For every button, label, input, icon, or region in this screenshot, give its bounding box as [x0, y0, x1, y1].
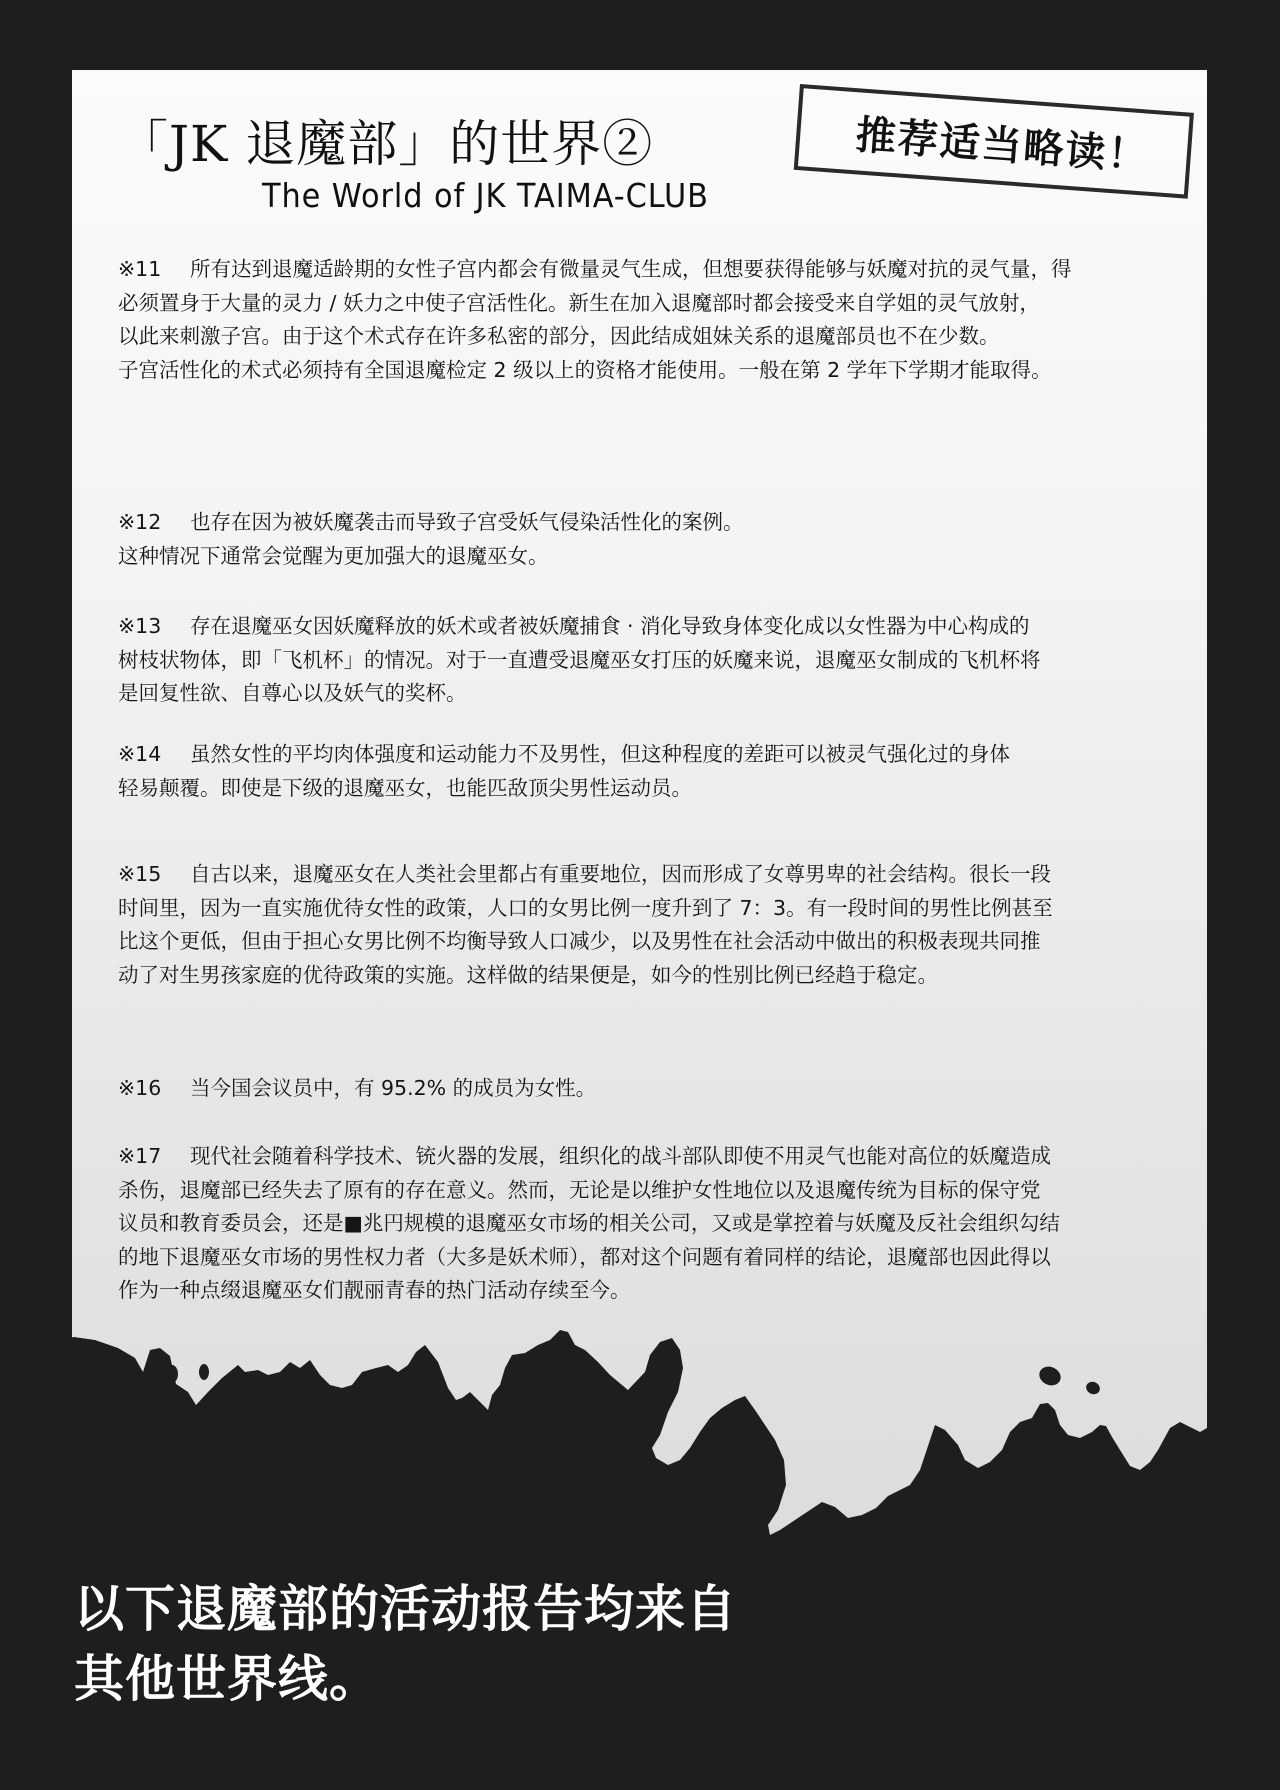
note-line: ※13存在退魔巫女因妖魔释放的妖术或者被妖魔捕食 · 消化导致身体变化成以女性器… — [118, 610, 1178, 644]
banner-line: 其他世界线。 — [74, 1644, 737, 1714]
note-number: ※16 — [118, 1072, 190, 1106]
note-line: 的地下退魔巫女市场的男性权力者（大多是妖术师），都对这个问题有着同样的结论，退魔… — [118, 1241, 1178, 1275]
note-11: ※11所有达到退魔适龄期的女性子宫内都会有微量灵气生成，但想要获得能够与妖魔对抗… — [118, 253, 1178, 387]
note-line: 是回复性欲、自尊心以及妖气的奖杯。 — [118, 677, 1178, 711]
note-line: ※11所有达到退魔适龄期的女性子宫内都会有微量灵气生成，但想要获得能够与妖魔对抗… — [118, 253, 1178, 287]
note-line: 这种情况下通常会觉醒为更加强大的退魔巫女。 — [118, 540, 1178, 574]
note-number: ※17 — [118, 1140, 190, 1174]
note-17: ※17现代社会随着科学技术、铳火器的发展，组织化的战斗部队即使不用灵气也能对高位… — [118, 1140, 1178, 1308]
note-line: 时间里，因为一直实施优待女性的政策，人口的女男比例一度升到了 7：3。有一段时间… — [118, 892, 1178, 926]
note-line: 子宫活性化的术式必须持有全国退魔检定 2 级以上的资格才能使用。一般在第 2 学… — [118, 354, 1178, 388]
note-line: 杀伤，退魔部已经失去了原有的存在意义。然而，无论是以维护女性地位以及退魔传统为目… — [118, 1174, 1178, 1208]
note-number: ※14 — [118, 738, 190, 772]
page-subtitle: The World of JK TAIMA-CLUB — [262, 176, 709, 215]
note-line: ※16当今国会议员中，有 95.2% 的成员为女性。 — [118, 1072, 1178, 1106]
note-line: 作为一种点缀退魔巫女们靓丽青春的热门活动存续至今。 — [118, 1274, 1178, 1308]
note-line: ※17现代社会随着科学技术、铳火器的发展，组织化的战斗部队即使不用灵气也能对高位… — [118, 1140, 1178, 1174]
note-line: 轻易颠覆。即使是下级的退魔巫女，也能匹敌顶尖男性运动员。 — [118, 772, 1178, 806]
note-line: 必须置身于大量的灵力 / 妖力之中使子宫活性化。新生在加入退魔部时都会接受来自学… — [118, 287, 1178, 321]
note-16: ※16当今国会议员中，有 95.2% 的成员为女性。 — [118, 1072, 1178, 1106]
note-14: ※14虽然女性的平均肉体强度和运动能力不及男性，但这种程度的差距可以被灵气强化过… — [118, 738, 1178, 805]
banner-line: 以下退魔部的活动报告均来自 — [74, 1574, 737, 1644]
skim-stamp-label: 推荐适当略读！ — [836, 102, 1151, 182]
note-12: ※12也存在因为被妖魔袭击而导致子宫受妖气侵染活性化的案例。 这种情况下通常会觉… — [118, 506, 1178, 573]
note-13: ※13存在退魔巫女因妖魔释放的妖术或者被妖魔捕食 · 消化导致身体变化成以女性器… — [118, 610, 1178, 711]
page-title: 「JK 退魔部」的世界② — [118, 104, 653, 176]
note-line: ※15自古以来，退魔巫女在人类社会里都占有重要地位，因而形成了女尊男卑的社会结构… — [118, 858, 1178, 892]
note-line: 比这个更低，但由于担心女男比例不均衡导致人口减少，以及男性在社会活动中做出的积极… — [118, 925, 1178, 959]
note-number: ※13 — [118, 610, 190, 644]
note-line: ※12也存在因为被妖魔袭击而导致子宫受妖气侵染活性化的案例。 — [118, 506, 1178, 540]
note-line: 动了对生男孩家庭的优待政策的实施。这样做的结果便是，如今的性别比例已经趋于稳定。 — [118, 959, 1178, 993]
note-line: ※14虽然女性的平均肉体强度和运动能力不及男性，但这种程度的差距可以被灵气强化过… — [118, 738, 1178, 772]
note-line: 议员和教育委员会，还是■兆円规模的退魔巫女市场的相关公司，又或是掌控着与妖魔及反… — [118, 1207, 1178, 1241]
note-number: ※12 — [118, 506, 190, 540]
note-15: ※15自古以来，退魔巫女在人类社会里都占有重要地位，因而形成了女尊男卑的社会结构… — [118, 858, 1178, 992]
note-line: 树枝状物体，即「飞机杯」的情况。对于一直遭受退魔巫女打压的妖魔来说，退魔巫女制成… — [118, 644, 1178, 678]
note-number: ※11 — [118, 253, 190, 287]
note-line: 以此来刺激子宫。由于这个术式存在许多私密的部分，因此结成姐妹关系的退魔部员也不在… — [118, 320, 1178, 354]
bottom-banner: 以下退魔部的活动报告均来自 其他世界线。 — [74, 1574, 737, 1714]
note-number: ※15 — [118, 858, 190, 892]
